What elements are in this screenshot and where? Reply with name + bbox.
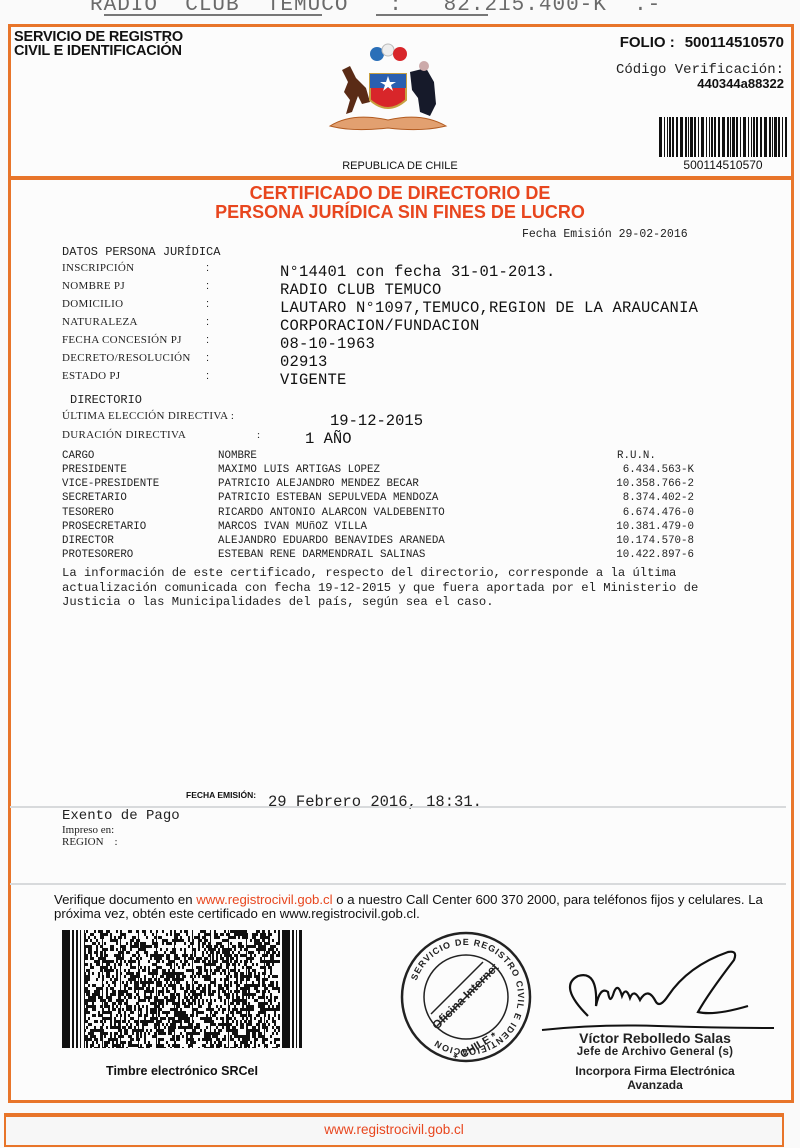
run-cell: 6.434.563-K	[584, 464, 694, 476]
fecha-emision-value: 29 Febrero 2016, 18:31.	[268, 793, 482, 811]
field-label: FECHA CONCESIÓN PJ	[62, 334, 182, 346]
scan-fold-line	[10, 883, 786, 885]
field-label: ESTADO PJ	[62, 370, 120, 382]
run-cell: 6.674.476-0	[584, 507, 694, 519]
field-label: DECRETO/RESOLUCIÓN	[62, 352, 191, 364]
run-cell: 10.174.570-8	[584, 535, 694, 547]
run-cell: 8.374.402-2	[584, 492, 694, 504]
field-value: N°14401 con fecha 31-01-2013.	[280, 263, 556, 281]
nombre-cell: PATRICIO ESTEBAN SEPULVEDA MENDOZA	[218, 492, 438, 504]
field-value: RADIO CLUB TEMUCO	[280, 281, 442, 299]
field-label: DOMICILIO	[62, 298, 123, 310]
certificate-title: CERTIFICADO DE DIRECTORIO DE PERSONA JUR…	[150, 184, 650, 222]
nombre-cell: MAXIMO LUIS ARTIGAS LOPEZ	[218, 464, 380, 476]
run-cell: 10.358.766-2	[584, 478, 694, 490]
run-cell: 10.422.897-6	[584, 549, 694, 561]
codigo-verificacion-value: 440344a88322	[697, 76, 784, 91]
nombre-cell: ESTEBAN RENE DARMENDRAIL SALINAS	[218, 549, 425, 561]
firma-electronica-note: Incorpora Firma Electrónica Avanzada	[540, 1064, 770, 1092]
field-label: NOMBRE PJ	[62, 280, 125, 292]
field-colon: :	[206, 298, 209, 310]
duracion-label: DURACIÓN DIRECTIVA	[62, 429, 186, 441]
verify-link[interactable]: www.registrocivil.gob.cl	[196, 892, 332, 907]
signer-name: Víctor Rebolledo Salas	[540, 1030, 770, 1046]
col-header-cargo: CARGO	[62, 450, 94, 462]
emblem-caption: REPUBLICA DE CHILE	[330, 160, 470, 172]
cargo-cell: PROSECRETARIO	[62, 521, 146, 533]
col-header-run: R.U.N.	[617, 450, 656, 462]
field-value: CORPORACION/FUNDACION	[280, 317, 480, 335]
ultima-eleccion-value: 19-12-2015	[330, 412, 423, 430]
cargo-cell: SECRETARIO	[62, 492, 127, 504]
directorio-section-label: DIRECTORIO	[70, 393, 142, 407]
nombre-cell: PATRICIO ALEJANDRO MENDEZ BECAR	[218, 478, 419, 490]
field-label: NATURALEZA	[62, 316, 138, 328]
firma-line1: Incorpora Firma Electrónica	[540, 1064, 770, 1078]
timbre-label: Timbre electrónico SRCeI	[62, 1064, 302, 1078]
duracion-value: 1 AÑO	[305, 430, 352, 448]
field-colon: :	[206, 316, 209, 328]
org-name-line2: CIVIL E IDENTIFICACIÓN	[14, 44, 183, 58]
nombre-cell: RICARDO ANTONIO ALARCON VALDEBENITO	[218, 507, 445, 519]
folio: FOLIO :500114510570	[620, 34, 784, 51]
field-colon: :	[206, 352, 209, 364]
field-value: 02913	[280, 353, 328, 371]
verify-prefix: Verifique documento en	[54, 892, 196, 907]
field-value: LAUTARO N°1097,TEMUCO,REGION DE LA ARAUC…	[280, 299, 698, 317]
cargo-cell: DIRECTOR	[62, 535, 114, 547]
pdf417-barcode-icon	[62, 930, 302, 1048]
org-name-line1: SERVICIO DE REGISTRO	[14, 30, 183, 44]
datos-section-label: DATOS PERSONA JURÍDICA	[62, 245, 220, 259]
footer-url[interactable]: www.registrocivil.gob.cl	[4, 1122, 784, 1137]
field-value: 08-10-1963	[280, 335, 375, 353]
field-label: INSCRIPCIÓN	[62, 262, 134, 274]
fecha-emision-top: Fecha Emisión 29-02-2016	[522, 228, 688, 241]
ultima-eleccion-label: ÚLTIMA ELECCIÓN DIRECTIVA :	[62, 410, 234, 422]
cargo-cell: PROTESORERO	[62, 549, 133, 561]
nombre-cell: ALEJANDRO EDUARDO BENAVIDES ARANEDA	[218, 535, 445, 547]
title-line1: CERTIFICADO DE DIRECTORIO DE	[150, 184, 650, 203]
field-value: VIGENTE	[280, 371, 347, 389]
cargo-cell: VICE-PRESIDENTE	[62, 478, 159, 490]
field-colon: :	[206, 334, 209, 346]
cargo-cell: PRESIDENTE	[62, 464, 127, 476]
signature-icon	[538, 946, 778, 1036]
verify-instructions: Verifique documento en www.registrocivil…	[54, 893, 774, 921]
firma-line2: Avanzada	[540, 1078, 770, 1092]
folio-value: 500114510570	[685, 34, 784, 51]
impreso-en-label: Impreso en:	[62, 824, 114, 836]
oficina-internet-seal-icon: SERVICIO DE REGISTRO CIVIL E IDENTIFICAC…	[397, 928, 535, 1066]
fecha-emision-label: FECHA EMISIÓN:	[186, 790, 256, 800]
cargo-cell: TESORERO	[62, 507, 114, 519]
title-line2: PERSONA JURÍDICA SIN FINES DE LUCRO	[150, 203, 650, 222]
field-colon: :	[206, 280, 209, 292]
region-label: REGION :	[62, 836, 118, 848]
field-colon: :	[206, 370, 209, 382]
field-colon: :	[206, 262, 209, 274]
typed-underline	[104, 14, 322, 16]
col-header-nombre: NOMBRE	[218, 450, 257, 462]
run-cell: 10.381.479-0	[584, 521, 694, 533]
org-name: SERVICIO DE REGISTRO CIVIL E IDENTIFICAC…	[14, 30, 183, 58]
nombre-cell: MARCOS IVAN MUñOZ VILLA	[218, 521, 367, 533]
svg-text:Oficina Internet: Oficina Internet	[429, 960, 501, 1032]
duracion-colon: :	[257, 429, 260, 441]
folio-barcode-icon	[659, 117, 787, 157]
folio-label: FOLIO :	[620, 34, 675, 51]
exento-de-pago: Exento de Pago	[62, 808, 180, 824]
directorio-note: La información de este certificado, resp…	[62, 566, 742, 610]
chile-coat-of-arms-icon	[322, 42, 452, 142]
signer-role: Jefe de Archivo General (s)	[540, 1046, 770, 1058]
typed-underline	[376, 14, 488, 16]
barcode-number: 500114510570	[659, 158, 787, 172]
